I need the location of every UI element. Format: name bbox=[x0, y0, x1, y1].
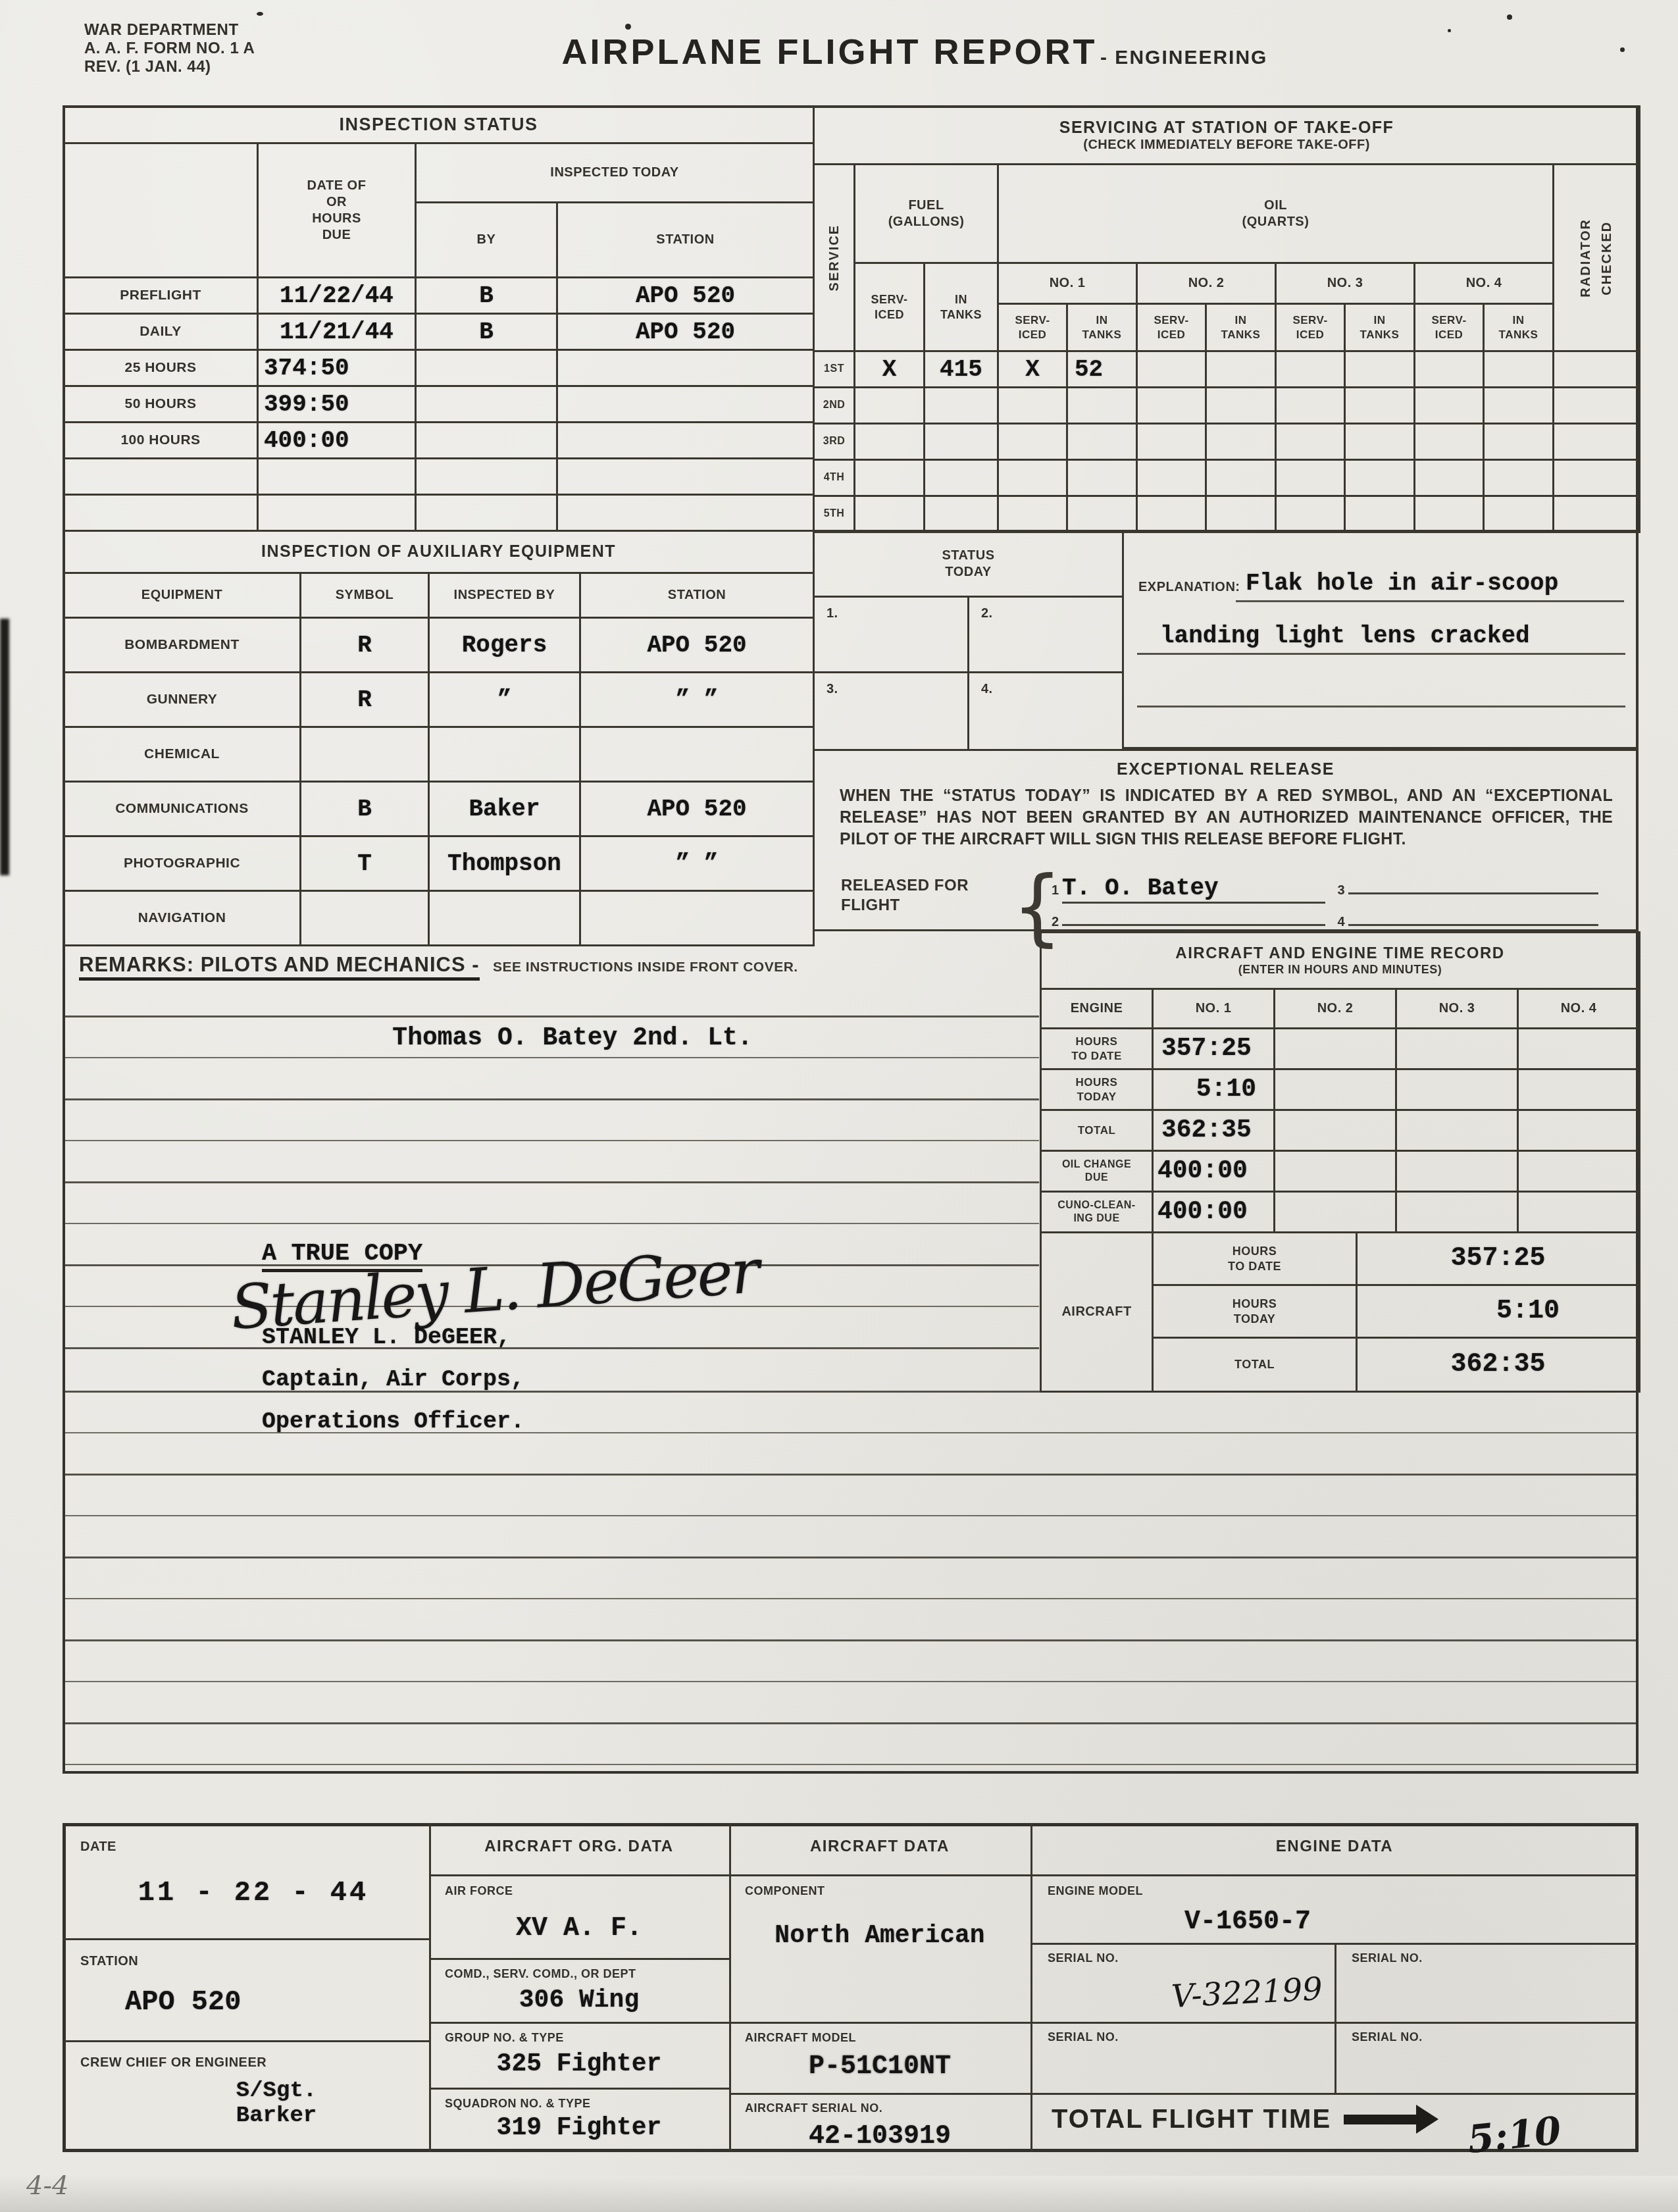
oil2-serviced-cell bbox=[1137, 496, 1206, 532]
engine-no1-cell: 400:00 bbox=[1153, 1192, 1275, 1233]
inspected-by-cell bbox=[429, 891, 580, 946]
station-cell bbox=[580, 891, 814, 946]
release-num-3: 3 bbox=[1338, 883, 1346, 898]
station-label: STATION bbox=[80, 1953, 138, 1970]
total-flight-time-label: TOTAL FLIGHT TIME bbox=[1052, 2105, 1331, 2134]
radiator-cell bbox=[1554, 496, 1640, 532]
table-row: INSPECTION STATUS bbox=[64, 107, 814, 143]
exceptional-release-box: EXCEPTIONAL RELEASE WHEN THE “STATUS TOD… bbox=[813, 749, 1639, 931]
col-header-station: STATION bbox=[580, 573, 814, 618]
ruled-line bbox=[65, 1515, 1636, 1516]
service-row-label: 4TH bbox=[814, 460, 855, 496]
oil1-in-tanks-cell bbox=[1067, 496, 1137, 532]
oil3-in-tanks-cell bbox=[1345, 460, 1415, 496]
ruled-line bbox=[65, 1764, 1636, 1765]
due-cell: 400:00 bbox=[258, 423, 416, 459]
oil2-serviced-cell bbox=[1137, 351, 1206, 388]
crew-chief-label: CREW CHIEF OR ENGINEER bbox=[80, 2055, 267, 2071]
scan-speck bbox=[257, 12, 263, 16]
table-row: ENGINE NO. 1 NO. 2 NO. 3 NO. 4 bbox=[1041, 989, 1640, 1029]
engine-no4-cell bbox=[1518, 1192, 1640, 1233]
inspection-status-title: INSPECTION STATUS bbox=[64, 107, 814, 143]
table-row: 2ND bbox=[814, 388, 1640, 424]
fuel-serviced-header: SERV- ICED bbox=[855, 263, 925, 351]
symbol-cell: R bbox=[301, 673, 429, 727]
service-row-label: 1ST bbox=[814, 351, 855, 388]
aircraft-data-title: AIRCRAFT DATA bbox=[729, 1838, 1030, 1856]
component-label: COMPONENT bbox=[745, 1884, 825, 1899]
signed-rank: Captain, Air Corps, bbox=[262, 1366, 524, 1393]
scan-speck bbox=[1620, 47, 1625, 52]
service-row-label: 5TH bbox=[814, 496, 855, 532]
row-label bbox=[64, 495, 258, 531]
engine-no3-cell bbox=[1396, 1029, 1518, 1069]
crew-chief-value: S/Sgt. Barker bbox=[184, 2078, 369, 2128]
auxiliary-equipment-table: INSPECTION OF AUXILIARY EQUIPMENT EQUIPM… bbox=[63, 530, 815, 946]
oil1-serviced-cell bbox=[998, 424, 1067, 460]
time-record-table: AIRCRAFT AND ENGINE TIME RECORD (ENTER I… bbox=[1040, 931, 1640, 1233]
table-row: CHEMICAL bbox=[64, 727, 814, 782]
fuel-in-tanks-cell bbox=[925, 424, 998, 460]
inspected-by-cell: Baker bbox=[429, 782, 580, 836]
table-row: INSPECTION OF AUXILIARY EQUIPMENT bbox=[64, 531, 814, 573]
fuel-in-tanks-cell bbox=[925, 496, 998, 532]
due-cell bbox=[258, 459, 416, 495]
status-cell-4: 4. bbox=[969, 673, 1123, 750]
table-row: AIRCRAFT AND ENGINE TIME RECORD (ENTER I… bbox=[1041, 933, 1640, 989]
oil4-in-tanks-cell bbox=[1484, 460, 1554, 496]
servicing-subtitle: (CHECK IMMEDIATELY BEFORE TAKE-OFF) bbox=[815, 138, 1639, 153]
table-row: 1. 2. bbox=[814, 597, 1123, 673]
engine-no4-cell bbox=[1518, 1069, 1640, 1110]
comd-label: COMD., SERV. COMD., OR DEPT bbox=[445, 1967, 636, 1982]
table-row: CUNO-CLEAN- ING DUE 400:00 bbox=[1041, 1192, 1640, 1233]
fuel-in-tanks-cell bbox=[925, 460, 998, 496]
equipment-label: COMMUNICATIONS bbox=[64, 782, 301, 836]
total-flight-time-row: TOTAL FLIGHT TIME bbox=[1052, 2105, 1416, 2134]
table-row: 3RD bbox=[814, 424, 1640, 460]
release-signature-2 bbox=[1062, 924, 1325, 926]
servicing-title: SERVICING AT STATION OF TAKE-OFF bbox=[815, 118, 1639, 138]
due-cell: 374:50 bbox=[258, 350, 416, 386]
oil3-in-tanks-cell bbox=[1345, 351, 1415, 388]
table-row: DAILY 11/21/44 B APO 520 bbox=[64, 314, 814, 350]
inspected-by-cell bbox=[429, 727, 580, 782]
radiator-header: RADIATOR CHECKED bbox=[1575, 219, 1617, 297]
engine-no2-cell bbox=[1275, 1029, 1396, 1069]
by-cell bbox=[416, 495, 557, 531]
by-cell bbox=[416, 423, 557, 459]
col-header-inspected-by: INSPECTED BY bbox=[429, 573, 580, 618]
oil3-serviced-cell bbox=[1276, 424, 1345, 460]
table-row: DATE OF OR HOURS DUE INSPECTED TODAY bbox=[64, 143, 814, 203]
oil4-serviced-cell bbox=[1415, 351, 1484, 388]
oil-no3-header: NO. 3 bbox=[1276, 263, 1415, 304]
table-row: NAVIGATION bbox=[64, 891, 814, 946]
col-header-due: DATE OF OR HOURS DUE bbox=[258, 143, 416, 278]
engine-no1-cell: 5:10 bbox=[1153, 1069, 1275, 1110]
corner-cell bbox=[64, 143, 258, 278]
fuel-header: FUEL (GALLONS) bbox=[855, 165, 998, 263]
equipment-label: NAVIGATION bbox=[64, 891, 301, 946]
ruled-line bbox=[65, 1639, 1636, 1641]
row-label: HOURS TODAY bbox=[1041, 1069, 1153, 1110]
divider bbox=[429, 1958, 729, 1960]
oil4-in-tanks-cell bbox=[1484, 388, 1554, 424]
table-row bbox=[64, 495, 814, 531]
flight-report-page: WAR DEPARTMENT A. A. F. FORM NO. 1 A REV… bbox=[0, 0, 1678, 2212]
serviced-header: SERV- ICED bbox=[998, 304, 1067, 351]
equipment-label: BOMBARDMENT bbox=[64, 618, 301, 673]
station-cell bbox=[557, 350, 814, 386]
oil2-in-tanks-cell bbox=[1206, 460, 1276, 496]
oil2-in-tanks-cell bbox=[1206, 351, 1276, 388]
release-num-1: 1 bbox=[1052, 883, 1059, 898]
col-header-no4: NO. 4 bbox=[1518, 989, 1640, 1029]
table-row: AIRCRAFT HOURS TO DATE 357:25 bbox=[1041, 1233, 1640, 1285]
oil2-serviced-cell bbox=[1137, 460, 1206, 496]
station-cell bbox=[557, 423, 814, 459]
station-cell: ” ” bbox=[580, 836, 814, 891]
table-row: EQUIPMENT SYMBOL INSPECTED BY STATION bbox=[64, 573, 814, 618]
service-col-header: SERVICE bbox=[824, 224, 845, 291]
col-header-equipment: EQUIPMENT bbox=[64, 573, 301, 618]
engine-no3-cell bbox=[1396, 1151, 1518, 1192]
release-sig-row-2: 2 4 bbox=[1052, 914, 1617, 931]
due-cell: 11/21/44 bbox=[258, 314, 416, 350]
inspection-status-table: INSPECTION STATUS DATE OF OR HOURS DUE I… bbox=[63, 105, 815, 532]
divider bbox=[729, 1823, 731, 2152]
remarks-heading-note: SEE INSTRUCTIONS INSIDE FRONT COVER. bbox=[493, 960, 798, 975]
engine-no4-cell bbox=[1518, 1110, 1640, 1151]
auxiliary-title: INSPECTION OF AUXILIARY EQUIPMENT bbox=[64, 531, 814, 573]
serviced-header: SERV- ICED bbox=[1415, 304, 1484, 351]
serviced-header: SERV- ICED bbox=[1137, 304, 1206, 351]
arrow-right-icon bbox=[1344, 2115, 1416, 2124]
fuel-serviced-cell: X bbox=[855, 351, 925, 388]
table-row: TOTAL 362:35 bbox=[1041, 1110, 1640, 1151]
oil1-in-tanks-cell bbox=[1067, 424, 1137, 460]
date-value: 11 - 22 - 44 bbox=[99, 1877, 408, 1909]
col-header-no3: NO. 3 bbox=[1396, 989, 1518, 1029]
status-cell-1: 1. bbox=[814, 597, 969, 673]
table-row: 25 HOURS 374:50 bbox=[64, 350, 814, 386]
ruled-line bbox=[65, 1181, 1039, 1183]
table-row bbox=[64, 459, 814, 495]
group-value: 325 Fighter bbox=[429, 2050, 729, 2078]
row-label: DAILY bbox=[64, 314, 258, 350]
in-tanks-header: IN TANKS bbox=[1067, 304, 1137, 351]
release-num-2: 2 bbox=[1052, 915, 1059, 929]
row-label: HOURS TO DATE bbox=[1153, 1233, 1357, 1285]
squadron-value: 319 Fighter bbox=[429, 2114, 729, 2142]
row-label bbox=[64, 459, 258, 495]
oil-header: OIL (QUARTS) bbox=[998, 165, 1554, 263]
total-flight-time-value: 5:10 bbox=[1465, 2108, 1564, 2163]
by-cell bbox=[416, 386, 557, 423]
engine-no3-cell bbox=[1396, 1192, 1518, 1233]
explanation-line1: Flak hole in air-scoop bbox=[1246, 570, 1558, 597]
remarks-heading-row: REMARKS: PILOTS AND MECHANICS - SEE INST… bbox=[79, 953, 798, 977]
release-body: WHEN THE “STATUS TODAY” IS INDICATED BY … bbox=[840, 785, 1613, 850]
status-today-table: STATUS TODAY 1. 2. 3. 4. bbox=[813, 530, 1124, 751]
engine-model-label: ENGINE MODEL bbox=[1048, 1884, 1143, 1899]
ruled-line bbox=[65, 1722, 1636, 1724]
aircraft-time-table: AIRCRAFT HOURS TO DATE 357:25 HOURS TODA… bbox=[1040, 1231, 1640, 1393]
oil4-serviced-cell bbox=[1415, 388, 1484, 424]
page-title-main: AIRPLANE FLIGHT REPORT bbox=[562, 32, 1098, 72]
divider bbox=[63, 1938, 429, 1940]
oil3-in-tanks-cell bbox=[1345, 388, 1415, 424]
aircraft-total: 362:35 bbox=[1357, 1338, 1640, 1392]
ruled-line bbox=[65, 1016, 1039, 1017]
table-row: COMMUNICATIONS B Baker APO 520 bbox=[64, 782, 814, 836]
table-row: 1ST X 415 X 52 bbox=[814, 351, 1640, 388]
table-row: HOURS TO DATE 357:25 bbox=[1041, 1029, 1640, 1069]
station-cell: APO 520 bbox=[580, 618, 814, 673]
page-mark: 4-4 bbox=[26, 2171, 68, 2201]
release-signature-4 bbox=[1348, 924, 1598, 926]
release-signature-1: T. O. Batey bbox=[1062, 875, 1325, 904]
explanation-box: EXPLANATION: Flak hole in air-scoop land… bbox=[1122, 530, 1639, 749]
engine-no2-cell bbox=[1275, 1151, 1396, 1192]
release-sig-row-1: 1 T. O. Batey 3 bbox=[1052, 875, 1617, 904]
serviced-header: SERV- ICED bbox=[1276, 304, 1345, 351]
oil2-in-tanks-cell bbox=[1206, 424, 1276, 460]
station-cell bbox=[557, 386, 814, 423]
col-header-station: STATION bbox=[557, 203, 814, 278]
station-cell: ” ” bbox=[580, 673, 814, 727]
col-header-by: BY bbox=[416, 203, 557, 278]
oil3-serviced-cell bbox=[1276, 388, 1345, 424]
inspected-by-cell: Rogers bbox=[429, 618, 580, 673]
page-title-suffix: - ENGINEERING bbox=[1100, 47, 1267, 68]
scan-speck bbox=[1448, 29, 1451, 32]
oil-no2-header: NO. 2 bbox=[1137, 263, 1276, 304]
ruled-line bbox=[65, 1598, 1636, 1599]
divider bbox=[429, 2022, 729, 2024]
oil1-serviced-cell: X bbox=[998, 351, 1067, 388]
radiator-cell bbox=[1554, 424, 1640, 460]
row-label: TOTAL bbox=[1041, 1110, 1153, 1151]
group-label: GROUP NO. & TYPE bbox=[445, 2030, 564, 2045]
row-label: CUNO-CLEAN- ING DUE bbox=[1041, 1192, 1153, 1233]
fuel-serviced-cell bbox=[855, 388, 925, 424]
oil1-serviced-cell bbox=[998, 460, 1067, 496]
by-cell bbox=[416, 350, 557, 386]
symbol-cell: B bbox=[301, 782, 429, 836]
ruled-line bbox=[1137, 653, 1625, 655]
aircraft-serial-label: AIRCRAFT SERIAL NO. bbox=[745, 2101, 882, 2116]
divider bbox=[729, 2022, 1030, 2024]
station-cell bbox=[557, 495, 814, 531]
equipment-label: CHEMICAL bbox=[64, 727, 301, 782]
in-tanks-header: IN TANKS bbox=[1206, 304, 1276, 351]
oil2-in-tanks-cell bbox=[1206, 388, 1276, 424]
table-row: STATUS TODAY bbox=[814, 531, 1123, 597]
release-title: EXCEPTIONAL RELEASE bbox=[815, 760, 1637, 779]
divider bbox=[1030, 1823, 1032, 2152]
table-row: SERVICE FUEL (GALLONS) OIL (QUARTS) RADI… bbox=[814, 165, 1640, 263]
row-label: TOTAL bbox=[1153, 1338, 1357, 1392]
station-cell: APO 520 bbox=[557, 278, 814, 314]
station-value: APO 520 bbox=[125, 1986, 241, 2018]
status-today-title: STATUS TODAY bbox=[814, 531, 1123, 597]
fuel-in-tanks-cell bbox=[925, 388, 998, 424]
signed-title: Operations Officer. bbox=[262, 1408, 524, 1435]
released-for-flight-label: RELEASED FOR FLIGHT bbox=[841, 876, 969, 915]
signed-name: STANLEY L. DeGEER, bbox=[262, 1324, 511, 1350]
ruled-line bbox=[65, 1140, 1039, 1141]
due-cell: 399:50 bbox=[258, 386, 416, 423]
engine-no2-cell bbox=[1275, 1110, 1396, 1151]
by-cell: B bbox=[416, 278, 557, 314]
servicing-table: SERVICING AT STATION OF TAKE-OFF (CHECK … bbox=[813, 105, 1640, 533]
air-force-label: AIR FORCE bbox=[445, 1884, 513, 1899]
oil4-in-tanks-cell bbox=[1484, 496, 1554, 532]
squadron-label: SQUADRON NO. & TYPE bbox=[445, 2096, 591, 2111]
ruled-line bbox=[65, 1556, 1636, 1558]
aircraft-label: AIRCRAFT bbox=[1041, 1233, 1153, 1392]
fuel-in-tanks-header: IN TANKS bbox=[925, 263, 998, 351]
in-tanks-header: IN TANKS bbox=[1484, 304, 1554, 351]
air-force-value: XV A. F. bbox=[429, 1914, 729, 1943]
aircraft-model-label: AIRCRAFT MODEL bbox=[745, 2030, 856, 2045]
oil-no1-header: NO. 1 bbox=[998, 263, 1137, 304]
due-cell bbox=[258, 495, 416, 531]
table-row: 3. 4. bbox=[814, 673, 1123, 750]
table-row: SERVICING AT STATION OF TAKE-OFF (CHECK … bbox=[814, 107, 1640, 165]
table-row: 5TH bbox=[814, 496, 1640, 532]
table-row: PHOTOGRAPHIC T Thompson ” ” bbox=[64, 836, 814, 891]
table-row: SERV- ICED IN TANKS NO. 1 NO. 2 NO. 3 NO… bbox=[814, 263, 1640, 304]
oil1-serviced-cell bbox=[998, 496, 1067, 532]
engine-no3-cell bbox=[1396, 1110, 1518, 1151]
fuel-in-tanks-cell: 415 bbox=[925, 351, 998, 388]
col-header-no1: NO. 1 bbox=[1153, 989, 1275, 1029]
symbol-cell: R bbox=[301, 618, 429, 673]
radiator-header-cell: RADIATOR CHECKED bbox=[1554, 165, 1640, 351]
ruled-line bbox=[65, 1057, 1039, 1058]
engine-no1-cell: 357:25 bbox=[1153, 1029, 1275, 1069]
scan-speck bbox=[625, 24, 631, 30]
time-record-title-cell: AIRCRAFT AND ENGINE TIME RECORD (ENTER I… bbox=[1041, 933, 1640, 989]
inspected-by-cell: ” bbox=[429, 673, 580, 727]
row-label: OIL CHANGE DUE bbox=[1041, 1151, 1153, 1192]
engine-model-value: V-1650-7 bbox=[1184, 1907, 1311, 1937]
status-cell-2: 2. bbox=[969, 597, 1123, 673]
ruled-line bbox=[65, 1098, 1039, 1100]
radiator-cell bbox=[1554, 460, 1640, 496]
oil4-serviced-cell bbox=[1415, 460, 1484, 496]
aircraft-hours-to-date: 357:25 bbox=[1357, 1233, 1640, 1285]
engine-no4-cell bbox=[1518, 1029, 1640, 1069]
time-record-title: AIRCRAFT AND ENGINE TIME RECORD bbox=[1042, 944, 1639, 963]
oil2-serviced-cell bbox=[1137, 424, 1206, 460]
time-record-subtitle: (ENTER IN HOURS AND MINUTES) bbox=[1042, 963, 1639, 977]
release-num-4: 4 bbox=[1338, 915, 1346, 929]
radiator-cell bbox=[1554, 388, 1640, 424]
engine-no1-cell: 400:00 bbox=[1153, 1151, 1275, 1192]
oil3-in-tanks-cell bbox=[1345, 424, 1415, 460]
engine-no2-cell bbox=[1275, 1192, 1396, 1233]
ruled-line bbox=[65, 1347, 1039, 1349]
oil-no4-header: NO. 4 bbox=[1415, 263, 1554, 304]
radiator-cell bbox=[1554, 351, 1640, 388]
engine-serial3-label: SERIAL NO. bbox=[1048, 2030, 1119, 2045]
col-header-engine: ENGINE bbox=[1041, 989, 1153, 1029]
oil3-in-tanks-cell bbox=[1345, 496, 1415, 532]
engine-serial2-label: SERIAL NO. bbox=[1352, 1951, 1423, 1966]
oil4-serviced-cell bbox=[1415, 424, 1484, 460]
col-header-no2: NO. 2 bbox=[1275, 989, 1396, 1029]
divider bbox=[1335, 1943, 1336, 2093]
row-label: 50 HOURS bbox=[64, 386, 258, 423]
engine-data-title: ENGINE DATA bbox=[1030, 1838, 1639, 1856]
symbol-cell bbox=[301, 891, 429, 946]
fuel-serviced-cell bbox=[855, 424, 925, 460]
ruled-line bbox=[65, 1223, 1039, 1224]
service-row-label: 3RD bbox=[814, 424, 855, 460]
ruled-line bbox=[1236, 600, 1624, 602]
engine-no2-cell bbox=[1275, 1069, 1396, 1110]
date-label: DATE bbox=[80, 1839, 116, 1855]
explanation-label: EXPLANATION: bbox=[1138, 579, 1240, 596]
oil2-in-tanks-cell bbox=[1206, 496, 1276, 532]
comd-value: 306 Wing bbox=[429, 1986, 729, 2015]
scan-artifact bbox=[0, 619, 9, 875]
service-row-label: 2ND bbox=[814, 388, 855, 424]
ruled-line bbox=[1137, 706, 1625, 707]
ruled-line bbox=[65, 1681, 1636, 1682]
engine-no1-cell: 362:35 bbox=[1153, 1110, 1275, 1151]
due-cell: 11/22/44 bbox=[258, 278, 416, 314]
oil1-in-tanks-cell bbox=[1067, 460, 1137, 496]
station-cell: APO 520 bbox=[557, 314, 814, 350]
engine-serial1-label: SERIAL NO. bbox=[1048, 1951, 1119, 1966]
explanation-line2: landing light lens cracked bbox=[1160, 623, 1530, 650]
table-row: 100 HOURS 400:00 bbox=[64, 423, 814, 459]
aircraft-hours-today: 5:10 bbox=[1357, 1285, 1640, 1338]
oil4-in-tanks-cell bbox=[1484, 424, 1554, 460]
symbol-cell: T bbox=[301, 836, 429, 891]
row-label: HOURS TODAY bbox=[1153, 1285, 1357, 1338]
col-header-inspected-today: INSPECTED TODAY bbox=[416, 143, 814, 203]
engine-serial4-label: SERIAL NO. bbox=[1352, 2030, 1423, 2045]
component-value: North American bbox=[729, 1922, 1030, 1950]
col-header-symbol: SYMBOL bbox=[301, 573, 429, 618]
ruled-line bbox=[65, 1474, 1636, 1476]
oil4-serviced-cell bbox=[1415, 496, 1484, 532]
scan-edge bbox=[0, 2176, 1678, 2212]
oil3-serviced-cell bbox=[1276, 496, 1345, 532]
page-title: AIRPLANE FLIGHT REPORT - ENGINEERING bbox=[421, 32, 1408, 72]
table-row: OIL CHANGE DUE 400:00 bbox=[1041, 1151, 1640, 1192]
oil2-serviced-cell bbox=[1137, 388, 1206, 424]
in-tanks-header: IN TANKS bbox=[1345, 304, 1415, 351]
oil1-in-tanks-cell bbox=[1067, 388, 1137, 424]
station-cell bbox=[557, 459, 814, 495]
by-cell: B bbox=[416, 314, 557, 350]
row-label: PREFLIGHT bbox=[64, 278, 258, 314]
table-row: HOURS TODAY 5:10 bbox=[1041, 1069, 1640, 1110]
divider bbox=[729, 2093, 1030, 2095]
station-cell: APO 520 bbox=[580, 782, 814, 836]
aircraft-model-value: P-51C10NT bbox=[729, 2052, 1030, 2082]
station-cell bbox=[580, 727, 814, 782]
oil3-serviced-cell bbox=[1276, 460, 1345, 496]
row-label: HOURS TO DATE bbox=[1041, 1029, 1153, 1069]
